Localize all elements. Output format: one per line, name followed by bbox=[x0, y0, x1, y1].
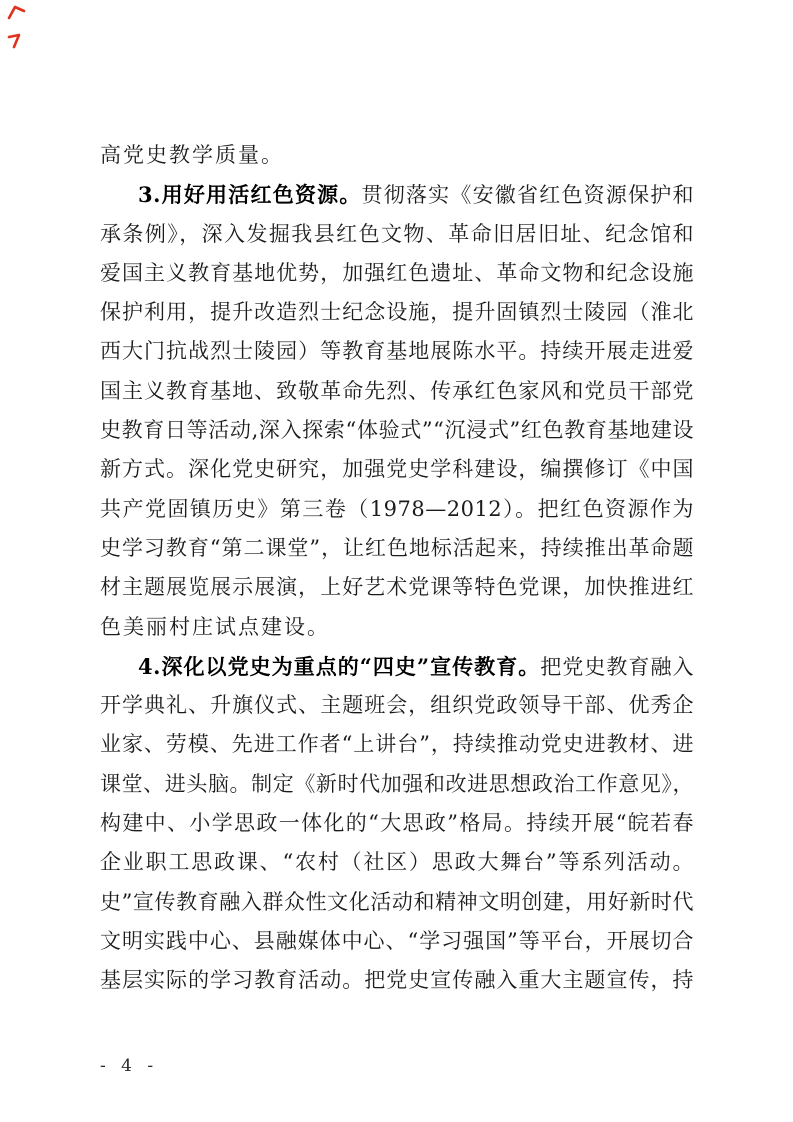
text-line: 构建中、小学思政一体化的“大思政”格局。持续开展“皖若春风” bbox=[100, 804, 694, 843]
text-line: 业家、劳模、先进工作者“上讲台”，持续推动党史进教材、进 bbox=[100, 725, 694, 764]
line-text: 保护利用，提升改造烈士纪念设施，提升固镇烈士陵园（淮北 bbox=[100, 300, 694, 324]
page-number: - 4 - bbox=[100, 1056, 158, 1076]
line-text: 高党史教学质量。 bbox=[100, 143, 284, 167]
document-page: 高党史教学质量。 3.用好用活红色资源。贯彻落实《安徽省红色资源保护和传 承条例… bbox=[0, 0, 793, 1122]
line-text: 文明实践中心、县融媒体中心、“学习强国”等平台，开展切合 bbox=[100, 929, 694, 953]
text-line: 开学典礼、升旗仪式、主题班会，组织党政领导干部、优秀企 bbox=[100, 686, 694, 725]
text-line: 新方式。深化党史研究，加强党史学科建设，编撰修订《中国 bbox=[100, 450, 694, 489]
text-line: 西大门抗战烈士陵园）等教育基地展陈水平。持续开展走进爱 bbox=[100, 332, 694, 371]
line-text: 承条例》，深入发掘我县红色文物、革命旧居旧址、纪念馆和 bbox=[100, 222, 694, 246]
line-text: 新方式。深化党史研究，加强党史学科建设，编撰修订《中国 bbox=[100, 457, 694, 481]
text-line: 课堂、进头脑。制定《新时代加强和改进思想政治工作意见》， bbox=[100, 765, 694, 804]
line-text: 国主义教育基地、致敬革命先烈、传承红色家风和党员干部党 bbox=[100, 379, 694, 403]
line-text: 材主题展览展示展演，上好艺术党课等特色党课，加快推进红 bbox=[100, 575, 694, 599]
line-text: 共产党固镇历史》第三卷（1978—2012）。把红色资源作为党 bbox=[100, 497, 694, 529]
line-text: 构建中、小学思政一体化的“大思政”格局。持续开展“皖若春风” bbox=[100, 811, 694, 843]
text-line: 爱国主义教育基地优势，加强红色遗址、革命文物和纪念设施 bbox=[100, 254, 694, 293]
text-line: 史”宣传教育融入群众性文化活动和精神文明创建，用好新时代 bbox=[100, 883, 694, 922]
line-text: 把党史教育融入 bbox=[540, 655, 694, 679]
red-ink-mark-top bbox=[6, 4, 28, 22]
text-line: 材主题展览展示展演，上好艺术党课等特色党课，加快推进红 bbox=[100, 568, 694, 607]
text-line: 企业职工思政课、“农村（社区）思政大舞台”等系列活动。把“四 bbox=[100, 843, 694, 882]
text-line: 史教育日等活动,深入探索“体验式”“沉浸式”红色教育基地建设 bbox=[100, 411, 694, 450]
red-ink-mark-bottom bbox=[6, 32, 28, 50]
text-line: 保护利用，提升改造烈士纪念设施，提升固镇烈士陵园（淮北 bbox=[100, 293, 694, 332]
text-line: 承条例》，深入发掘我县红色文物、革命旧居旧址、纪念馆和 bbox=[100, 215, 694, 254]
text-line: 色美丽村庄试点建设。 bbox=[100, 608, 694, 647]
line-text: 史”宣传教育融入群众性文化活动和精神文明创建，用好新时代 bbox=[100, 890, 694, 914]
text-line: 文明实践中心、县融媒体中心、“学习强国”等平台，开展切合 bbox=[100, 922, 694, 961]
line-text: 企业职工思政课、“农村（社区）思政大舞台”等系列活动。把“四 bbox=[100, 850, 694, 882]
line-text: 基层实际的学习教育活动。把党史宣传融入重大主题宣传，持 bbox=[100, 968, 694, 992]
text-line: 史学习教育“第二课堂”，让红色地标活起来，持续推出革命题 bbox=[100, 529, 694, 568]
text-line: 共产党固镇历史》第三卷（1978—2012）。把红色资源作为党 bbox=[100, 490, 694, 529]
line-text: 业家、劳模、先进工作者“上讲台”，持续推动党史进教材、进 bbox=[100, 732, 694, 756]
text-line-paragraph-start: 4.深化以党史为重点的“四史”宣传教育。把党史教育融入 bbox=[100, 647, 694, 686]
text-line: 基层实际的学习教育活动。把党史宣传融入重大主题宣传，持 bbox=[100, 961, 694, 1000]
text-line: 国主义教育基地、致敬革命先烈、传承红色家风和党员干部党 bbox=[100, 372, 694, 411]
document-text-block: 高党史教学质量。 3.用好用活红色资源。贯彻落实《安徽省红色资源保护和传 承条例… bbox=[100, 136, 694, 1001]
line-text: 色美丽村庄试点建设。 bbox=[100, 615, 330, 639]
text-line-paragraph-start: 3.用好用活红色资源。贯彻落实《安徽省红色资源保护和传 bbox=[100, 175, 694, 214]
line-text: 西大门抗战烈士陵园）等教育基地展陈水平。持续开展走进爱 bbox=[100, 339, 694, 363]
line-text: 爱国主义教育基地优势，加强红色遗址、革命文物和纪念设施 bbox=[100, 261, 694, 285]
paragraph-heading: 4.深化以党史为重点的“四史”宣传教育。 bbox=[138, 654, 540, 679]
line-text: 史教育日等活动,深入探索“体验式”“沉浸式”红色教育基地建设 bbox=[100, 418, 694, 442]
paragraph-heading: 3.用好用活红色资源。 bbox=[138, 182, 362, 207]
line-text: 史学习教育“第二课堂”，让红色地标活起来，持续推出革命题 bbox=[100, 536, 694, 560]
text-line: 高党史教学质量。 bbox=[100, 136, 694, 175]
line-text: 开学典礼、升旗仪式、主题班会，组织党政领导干部、优秀企 bbox=[100, 693, 694, 717]
line-text: 课堂、进头脑。制定《新时代加强和改进思想政治工作意见》， bbox=[100, 772, 694, 796]
